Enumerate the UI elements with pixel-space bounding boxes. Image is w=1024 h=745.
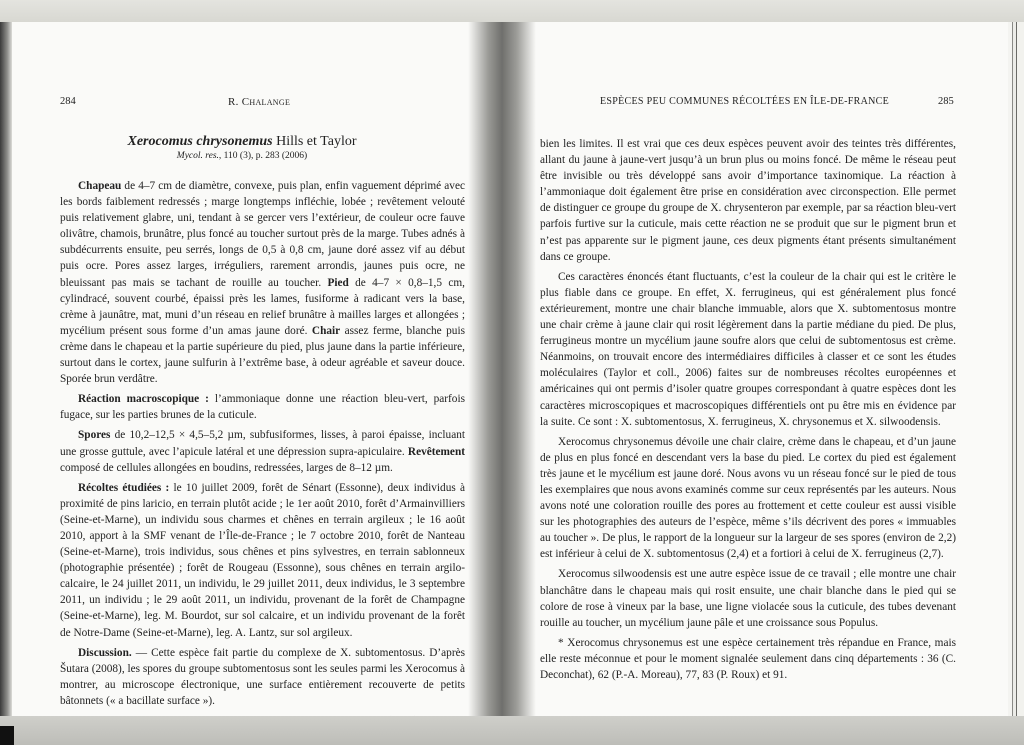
right-page-number: 285 <box>938 96 954 107</box>
paragraph-spores: Spores de 10,2–12,5 × 4,5–5,2 µm, subfus… <box>60 427 465 475</box>
left-page-body: Chapeau de 4–7 cm de diamètre, convexe, … <box>60 178 465 733</box>
species-title-block: Xerocomus chrysonemus Hills et Taylor My… <box>12 134 472 161</box>
species-reference: Mycol. res., 110 (3), p. 283 (2006) <box>12 151 472 161</box>
paragraph-caracteres: Ces caractères énoncés étant fluctuants,… <box>540 269 956 430</box>
paragraph-continuation: bien les limites. Il est vrai que ces de… <box>540 136 956 265</box>
right-page-body: bien les limites. Il est vrai que ces de… <box>540 136 956 687</box>
paragraph-discussion: Discussion. — Cette espèce fait partie d… <box>60 645 465 709</box>
paragraph-silwoodensis: Xerocomus silwoodensis est une autre esp… <box>540 566 956 630</box>
paragraph-recoltes: Récoltes étudiées : le 10 juillet 2009, … <box>60 480 465 641</box>
right-running-head: ESPÈCES PEU COMMUNES RÉCOLTÉES EN ÎLE-DE… <box>600 96 889 107</box>
paragraph-footnote: * Xerocomus chrysonemus est une espèce c… <box>540 635 956 683</box>
left-running-head: R. Chalange <box>228 96 290 108</box>
book-gutter-shadow <box>468 22 536 716</box>
scanner-top-margin <box>0 0 1024 22</box>
scanner-left-edge <box>0 22 12 745</box>
scanner-corner-mark <box>0 726 14 745</box>
paragraph-chapeau: Chapeau de 4–7 cm de diamètre, convexe, … <box>60 178 465 387</box>
left-page-number: 284 <box>60 96 76 107</box>
species-authors: Hills et Taylor <box>276 134 356 149</box>
species-title: Xerocomus chrysonemus Hills et Taylor <box>12 134 472 150</box>
species-name: Xerocomus chrysonemus <box>128 134 273 149</box>
scanner-bottom-margin <box>0 716 1024 745</box>
page-edges <box>1008 22 1024 716</box>
paragraph-chrysonemus: Xerocomus chrysonemus dévoile une chair … <box>540 434 956 563</box>
paragraph-reaction: Réaction macroscopique : l’ammoniaque do… <box>60 391 465 423</box>
